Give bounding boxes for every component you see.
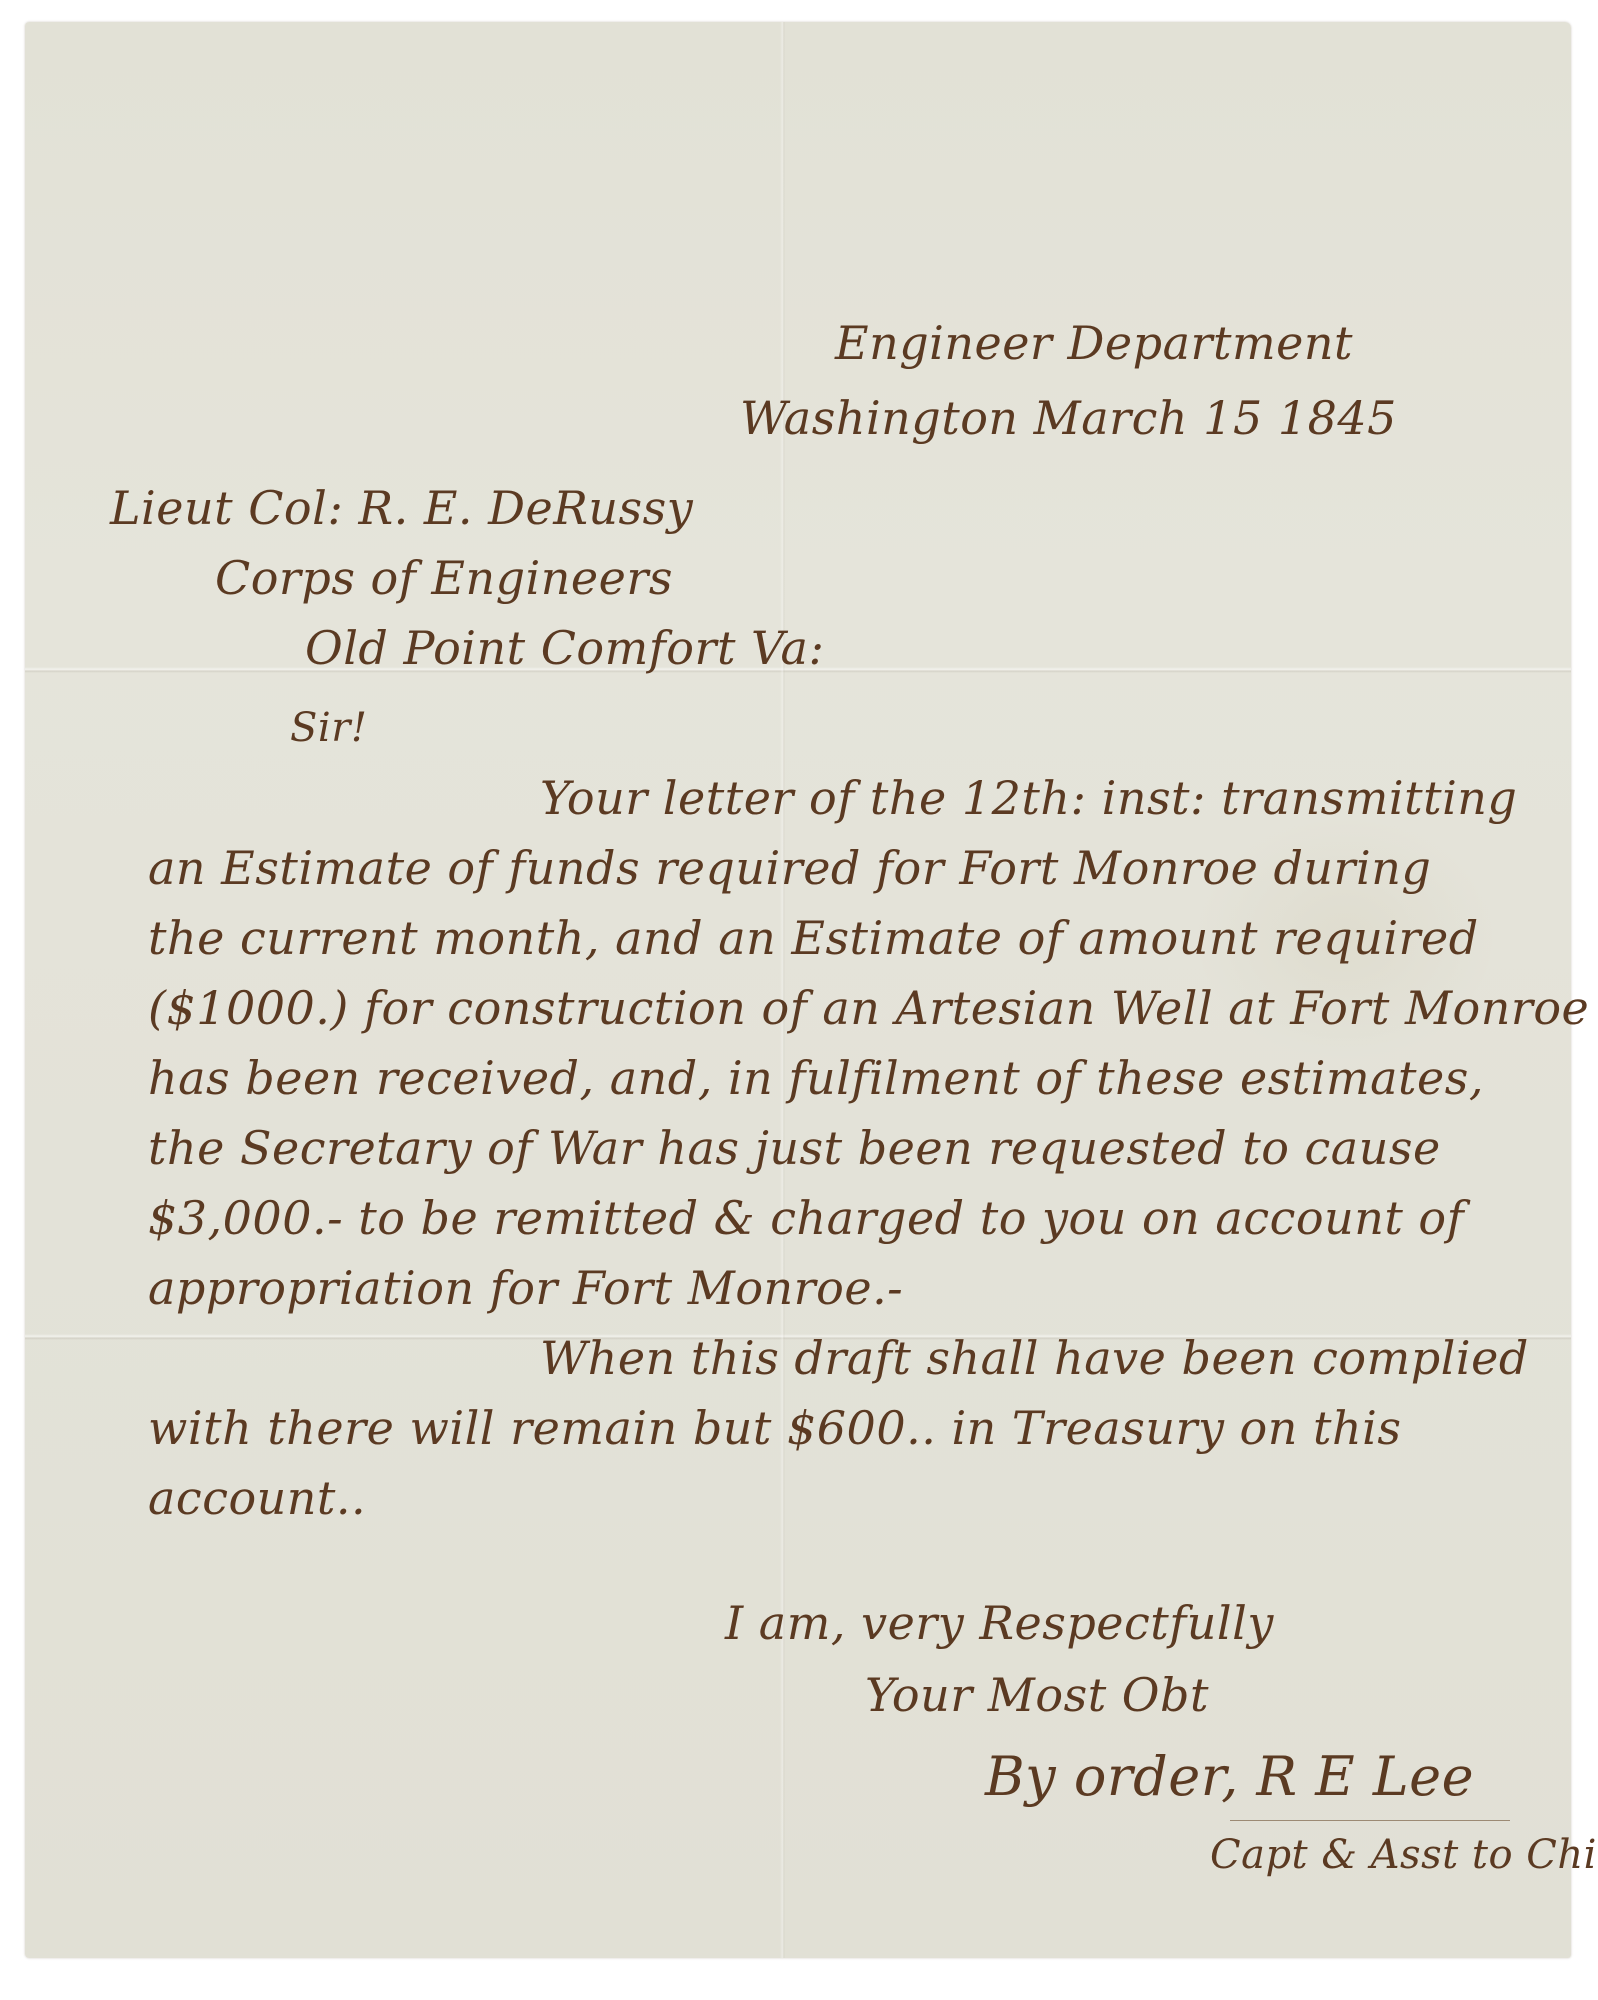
heading-department: Engineer Department	[835, 320, 1353, 366]
body-line-9: When this draft shall have been complied	[540, 1335, 1529, 1381]
signature-underline	[1230, 1820, 1510, 1821]
heading-place-date: Washington March 15 1845	[740, 395, 1397, 441]
addressee-unit: Corps of Engineers	[215, 555, 673, 601]
body-line-1: Your letter of the 12th: inst: transmitt…	[540, 775, 1517, 821]
closing-line-2: Your Most Obt	[865, 1672, 1209, 1718]
body-line-11: account..	[148, 1475, 366, 1521]
body-line-6: the Secretary of War has just been reque…	[148, 1125, 1441, 1171]
body-line-5: has been received, and, in fulfilment of…	[148, 1055, 1484, 1101]
body-line-8: appropriation for Fort Monroe.-	[148, 1265, 903, 1311]
salutation: Sir!	[290, 708, 367, 748]
body-line-4: ($1000.) for construction of an Artesian…	[148, 985, 1589, 1031]
signature-title: Capt & Asst to Chief Engr	[1210, 1835, 1598, 1875]
addressee-name: Lieut Col: R. E. DeRussy	[110, 485, 693, 531]
body-line-3: the current month, and an Estimate of am…	[148, 915, 1479, 961]
body-line-7: $3,000.- to be remitted & charged to you…	[148, 1195, 1464, 1241]
signature: By order, R E Lee	[985, 1750, 1474, 1804]
body-line-10: with there will remain but $600.. in Tre…	[148, 1405, 1401, 1451]
addressee-location: Old Point Comfort Va:	[305, 625, 824, 671]
closing-line-1: I am, very Respectfully	[725, 1600, 1274, 1646]
body-line-2: an Estimate of funds required for Fort M…	[148, 845, 1431, 891]
